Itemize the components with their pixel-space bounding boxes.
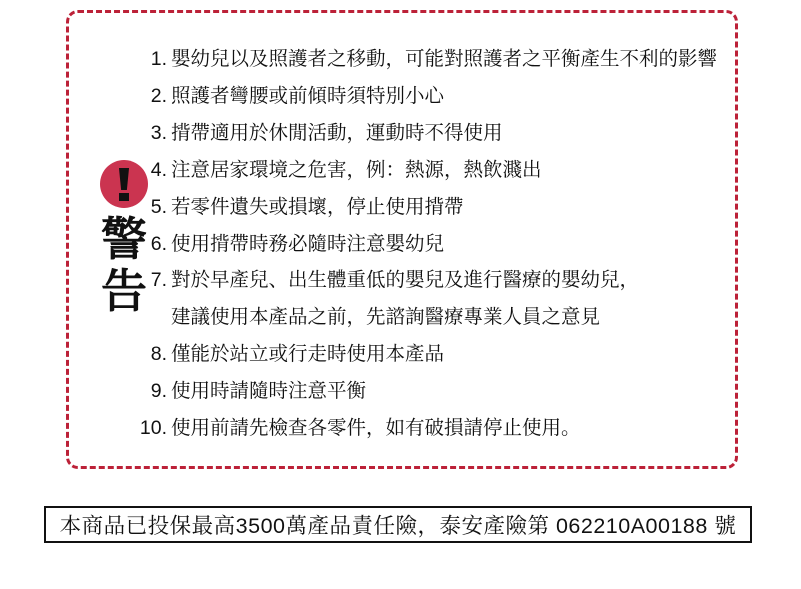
- warning-list-item-1: 1. 嬰幼兒以及照護者之移動，可能對照護者之平衡產生不利的影響: [103, 41, 723, 78]
- item-text: 僅能於站立或行走時使用本產品: [171, 336, 444, 373]
- item-text: 對於早產兒、出生體重低的嬰兒及進行醫療的嬰幼兒，: [171, 262, 639, 299]
- item-number: 4.: [103, 152, 167, 189]
- item-text: 注意居家環境之危害，例：熱源，熱飲濺出: [171, 152, 542, 189]
- item-number: 8.: [103, 336, 167, 373]
- warning-list-item-4: 4. 注意居家環境之危害，例：熱源，熱飲濺出: [103, 152, 723, 189]
- item-number: 1.: [103, 41, 167, 78]
- product-warning-notice: 警 告 1. 嬰幼兒以及照護者之移動，可能對照護者之平衡產生不利的影響 2. 照…: [0, 0, 801, 589]
- item-text: 嬰幼兒以及照護者之移動，可能對照護者之平衡產生不利的影響: [171, 41, 717, 78]
- item-text: 使用前請先檢查各零件，如有破損請停止使用。: [171, 410, 581, 447]
- item-text: 使用揹帶時務必隨時注意嬰幼兒: [171, 226, 444, 263]
- item-number: 3.: [103, 115, 167, 152]
- item-number: 10.: [103, 410, 167, 447]
- item-number: 7.: [103, 262, 167, 299]
- insurance-text: 本商品已投保最高3500萬產品責任險，泰安產險第 062210A00188 號: [60, 509, 737, 540]
- warning-list-item-7-continued: 建議使用本產品之前，先諮詢醫療專業人員之意見: [103, 299, 723, 336]
- item-text: 使用時請隨時注意平衡: [171, 373, 366, 410]
- warning-list-item-2: 2. 照護者彎腰或前傾時須特別小心: [103, 78, 723, 115]
- item-text: 揹帶適用於休閒活動，運動時不得使用: [171, 115, 503, 152]
- warning-list-item-6: 6. 使用揹帶時務必隨時注意嬰幼兒: [103, 226, 723, 263]
- warning-list-item-9: 9. 使用時請隨時注意平衡: [103, 373, 723, 410]
- item-text: 若零件遺失或損壞，停止使用揹帶: [171, 189, 464, 226]
- item-text: 照護者彎腰或前傾時須特別小心: [171, 78, 444, 115]
- insurance-bar: 本商品已投保最高3500萬產品責任險，泰安產險第 062210A00188 號: [44, 506, 752, 543]
- warning-list-item-3: 3. 揹帶適用於休閒活動，運動時不得使用: [103, 115, 723, 152]
- item-number: 6.: [103, 226, 167, 263]
- warning-list-item-8: 8. 僅能於站立或行走時使用本產品: [103, 336, 723, 373]
- warning-list: 1. 嬰幼兒以及照護者之移動，可能對照護者之平衡產生不利的影響 2. 照護者彎腰…: [103, 41, 723, 447]
- warning-list-item-7: 7. 對於早產兒、出生體重低的嬰兒及進行醫療的嬰幼兒，: [103, 262, 723, 299]
- item-number: 2.: [103, 78, 167, 115]
- item-number: [103, 299, 167, 336]
- warning-list-item-5: 5. 若零件遺失或損壞，停止使用揹帶: [103, 189, 723, 226]
- item-text: 建議使用本產品之前，先諮詢醫療專業人員之意見: [171, 299, 600, 336]
- warning-list-item-10: 10. 使用前請先檢查各零件，如有破損請停止使用。: [103, 410, 723, 447]
- item-number: 5.: [103, 189, 167, 226]
- warning-box: 警 告 1. 嬰幼兒以及照護者之移動，可能對照護者之平衡產生不利的影響 2. 照…: [66, 10, 738, 469]
- item-number: 9.: [103, 373, 167, 410]
